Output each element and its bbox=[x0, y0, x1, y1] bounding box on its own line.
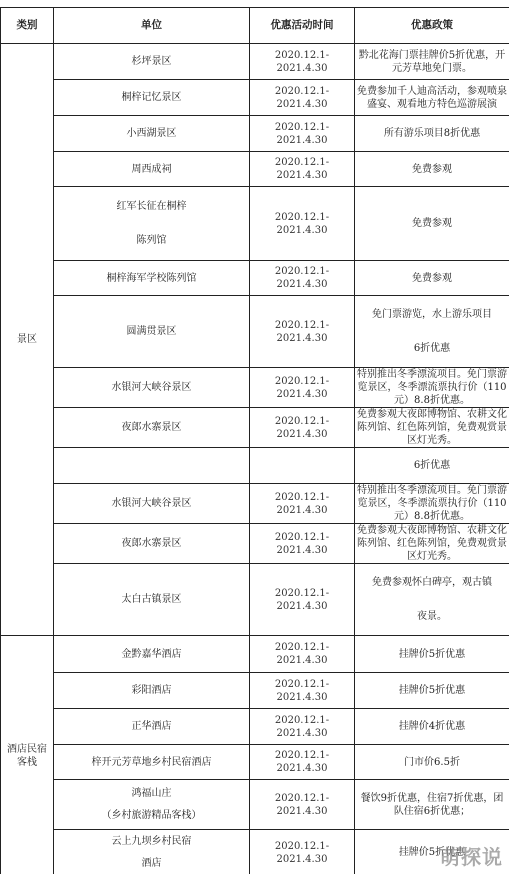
unit-cell: 夜郎水寨景区 bbox=[54, 408, 250, 448]
table-row: 酒店民宿客栈 金黔嘉华酒店 2020.12.1-2021.4.30 挂牌价5折优… bbox=[1, 636, 509, 673]
policy-cell: 特别推出冬季漂流项目。免门票游览景区，冬季漂流票执行价（110元）8.8折优惠。 bbox=[355, 368, 509, 408]
date-cell: 2020.12.1-2021.4.30 bbox=[250, 830, 355, 874]
date-cell: 2020.12.1-2021.4.30 bbox=[250, 296, 355, 368]
date-cell: 2020.12.1-2021.4.30 bbox=[250, 636, 355, 673]
table-row: 水银河大峡谷景区 2020.12.1-2021.4.30 特别推出冬季漂流项目。… bbox=[1, 484, 509, 524]
category-scenic: 景区 bbox=[1, 44, 54, 636]
table-row: 桐梓海军学校陈列馆 2020.12.1-2021.4.30 免费参观 bbox=[1, 261, 509, 296]
unit-cell: 圆满贯景区 bbox=[54, 296, 250, 368]
category-hotel: 酒店民宿客栈 bbox=[1, 636, 54, 874]
unit-cell: 正华酒店 bbox=[54, 709, 250, 745]
table-row: 水银河大峡谷景区 2020.12.1-2021.4.30 特别推出冬季漂流项目。… bbox=[1, 368, 509, 408]
table-row: 正华酒店 2020.12.1-2021.4.30 挂牌价4折优惠 bbox=[1, 709, 509, 745]
policy-cell: 免费参观 bbox=[355, 152, 509, 187]
policy-cell: 免费参观怀白碑亭，观古镇 夜景。 bbox=[355, 564, 509, 636]
unit-line: 云上九坝乡村民宿 bbox=[56, 833, 247, 851]
unit-line: 陈列馆 bbox=[56, 232, 247, 250]
unit-line: 酒店 bbox=[56, 855, 247, 873]
unit-line: 红军长征在桐梓 bbox=[56, 198, 247, 216]
date-cell: 2020.12.1-2021.4.30 bbox=[250, 44, 355, 80]
policy-cell: 6折优惠 bbox=[355, 448, 509, 484]
policy-cell: 餐饮9折优惠，住宿7折优惠，团队住宿6折优惠； bbox=[355, 780, 509, 830]
policy-cell: 免门票游览，水上游乐项目 6折优惠 bbox=[355, 296, 509, 368]
policy-line: 免门票游览，水上游乐项目 bbox=[357, 306, 507, 324]
unit-cell: 周西成祠 bbox=[54, 152, 250, 187]
unit-cell: 水银河大峡谷景区 bbox=[54, 484, 250, 524]
date-cell: 2020.12.1-2021.4.30 bbox=[250, 261, 355, 296]
table-row: 夜郎水寨景区 2020.12.1-2021.4.30 免费参观大夜郎博物馆、农耕… bbox=[1, 524, 509, 564]
table-row: 桐梓记忆景区 2020.12.1-2021.4.30 免费参加千人迪高活动，参观… bbox=[1, 80, 509, 116]
watermark: 萌探说 bbox=[440, 841, 503, 870]
policy-line: 夜景。 bbox=[357, 608, 507, 626]
unit-cell: 桐梓海军学校陈列馆 bbox=[54, 261, 250, 296]
date-cell: 2020.12.1-2021.4.30 bbox=[250, 152, 355, 187]
unit-line: 鸿福山庄 bbox=[56, 785, 247, 803]
date-cell: 2020.12.1-2021.4.30 bbox=[250, 116, 355, 152]
table-row: 彩阳酒店 2020.12.1-2021.4.30 挂牌价5折优惠 bbox=[1, 673, 509, 709]
policy-cell: 免费参观 bbox=[355, 187, 509, 261]
unit-cell: 夜郎水寨景区 bbox=[54, 524, 250, 564]
unit-cell: 金黔嘉华酒店 bbox=[54, 636, 250, 673]
header-unit: 单位 bbox=[54, 8, 250, 44]
date-cell: 2020.12.1-2021.4.30 bbox=[250, 709, 355, 745]
unit-cell: 云上九坝乡村民宿 酒店 bbox=[54, 830, 250, 874]
policy-cell: 挂牌价5折优惠 bbox=[355, 673, 509, 709]
unit-cell: 水银河大峡谷景区 bbox=[54, 368, 250, 408]
unit-cell: 彩阳酒店 bbox=[54, 673, 250, 709]
header-date: 优惠活动时间 bbox=[250, 8, 355, 44]
unit-cell: 梓开元芳草地乡村民宿酒店 bbox=[54, 745, 250, 780]
unit-cell: 红军长征在桐梓 陈列馆 bbox=[54, 187, 250, 261]
date-cell bbox=[250, 448, 355, 484]
date-cell: 2020.12.1-2021.4.30 bbox=[250, 408, 355, 448]
date-cell: 2020.12.1-2021.4.30 bbox=[250, 524, 355, 564]
policy-cell: 免费参加千人迪高活动，参观喷泉盛宴、观看地方特色巡游展演 bbox=[355, 80, 509, 116]
table-row: 圆满贯景区 2020.12.1-2021.4.30 免门票游览，水上游乐项目 6… bbox=[1, 296, 509, 368]
table-row: 红军长征在桐梓 陈列馆 2020.12.1-2021.4.30 免费参观 bbox=[1, 187, 509, 261]
policy-cell: 所有游乐项目8折优惠 bbox=[355, 116, 509, 152]
header-category: 类别 bbox=[1, 8, 54, 44]
table-row: 周西成祠 2020.12.1-2021.4.30 免费参观 bbox=[1, 152, 509, 187]
policy-cell: 免费参观 bbox=[355, 261, 509, 296]
policy-cell: 门市价6.5折 bbox=[355, 745, 509, 780]
date-cell: 2020.12.1-2021.4.30 bbox=[250, 368, 355, 408]
policy-cell: 特别推出冬季漂流项目。免门票游览景区，冬季漂流票执行价（110元）8.8折优惠。 bbox=[355, 484, 509, 524]
table-row: 梓开元芳草地乡村民宿酒店 2020.12.1-2021.4.30 门市价6.5折 bbox=[1, 745, 509, 780]
policy-cell: 免费参观大夜郎博物馆、农耕文化陈列馆、红色陈列馆，免费观赏景区灯光秀。 bbox=[355, 524, 509, 564]
policy-cell: 免费参观大夜郎博物馆、农耕文化陈列馆、红色陈列馆，免费观赏景区灯光秀。 bbox=[355, 408, 509, 448]
unit-cell bbox=[54, 448, 250, 484]
table-row: 太白古镇景区 2020.12.1-2021.4.30 免费参观怀白碑亭，观古镇 … bbox=[1, 564, 509, 636]
discount-table: 类别 单位 优惠活动时间 优惠政策 景区 杉坪景区 2020.12.1-2021… bbox=[0, 7, 509, 874]
policy-cell: 黔北花海门票挂牌价5折优惠，开元芳草地免门票。 bbox=[355, 44, 509, 80]
table-row: 小西湖景区 2020.12.1-2021.4.30 所有游乐项目8折优惠 bbox=[1, 116, 509, 152]
unit-cell: 杉坪景区 bbox=[54, 44, 250, 80]
policy-cell: 挂牌价5折优惠 bbox=[355, 636, 509, 673]
table-header-row: 类别 单位 优惠活动时间 优惠政策 bbox=[1, 8, 509, 44]
policy-cell: 挂牌价4折优惠 bbox=[355, 709, 509, 745]
date-cell: 2020.12.1-2021.4.30 bbox=[250, 80, 355, 116]
unit-cell: 小西湖景区 bbox=[54, 116, 250, 152]
unit-cell: 鸿福山庄 （乡村旅游精品客栈） bbox=[54, 780, 250, 830]
date-cell: 2020.12.1-2021.4.30 bbox=[250, 564, 355, 636]
date-cell: 2020.12.1-2021.4.30 bbox=[250, 745, 355, 780]
date-cell: 2020.12.1-2021.4.30 bbox=[250, 187, 355, 261]
unit-cell: 桐梓记忆景区 bbox=[54, 80, 250, 116]
policy-line: 6折优惠 bbox=[357, 340, 507, 358]
header-policy: 优惠政策 bbox=[355, 8, 509, 44]
policy-line: 免费参观怀白碑亭，观古镇 bbox=[357, 574, 507, 592]
table-row: 鸿福山庄 （乡村旅游精品客栈） 2020.12.1-2021.4.30 餐饮9折… bbox=[1, 780, 509, 830]
table-row: 云上九坝乡村民宿 酒店 2020.12.1-2021.4.30 挂牌价5折优惠 bbox=[1, 830, 509, 874]
unit-cell: 太白古镇景区 bbox=[54, 564, 250, 636]
table-row: 景区 杉坪景区 2020.12.1-2021.4.30 黔北花海门票挂牌价5折优… bbox=[1, 44, 509, 80]
table-row: 6折优惠 bbox=[1, 448, 509, 484]
table-row: 夜郎水寨景区 2020.12.1-2021.4.30 免费参观大夜郎博物馆、农耕… bbox=[1, 408, 509, 448]
date-cell: 2020.12.1-2021.4.30 bbox=[250, 673, 355, 709]
date-cell: 2020.12.1-2021.4.30 bbox=[250, 484, 355, 524]
unit-line: （乡村旅游精品客栈） bbox=[56, 807, 247, 825]
date-cell: 2020.12.1-2021.4.30 bbox=[250, 780, 355, 830]
